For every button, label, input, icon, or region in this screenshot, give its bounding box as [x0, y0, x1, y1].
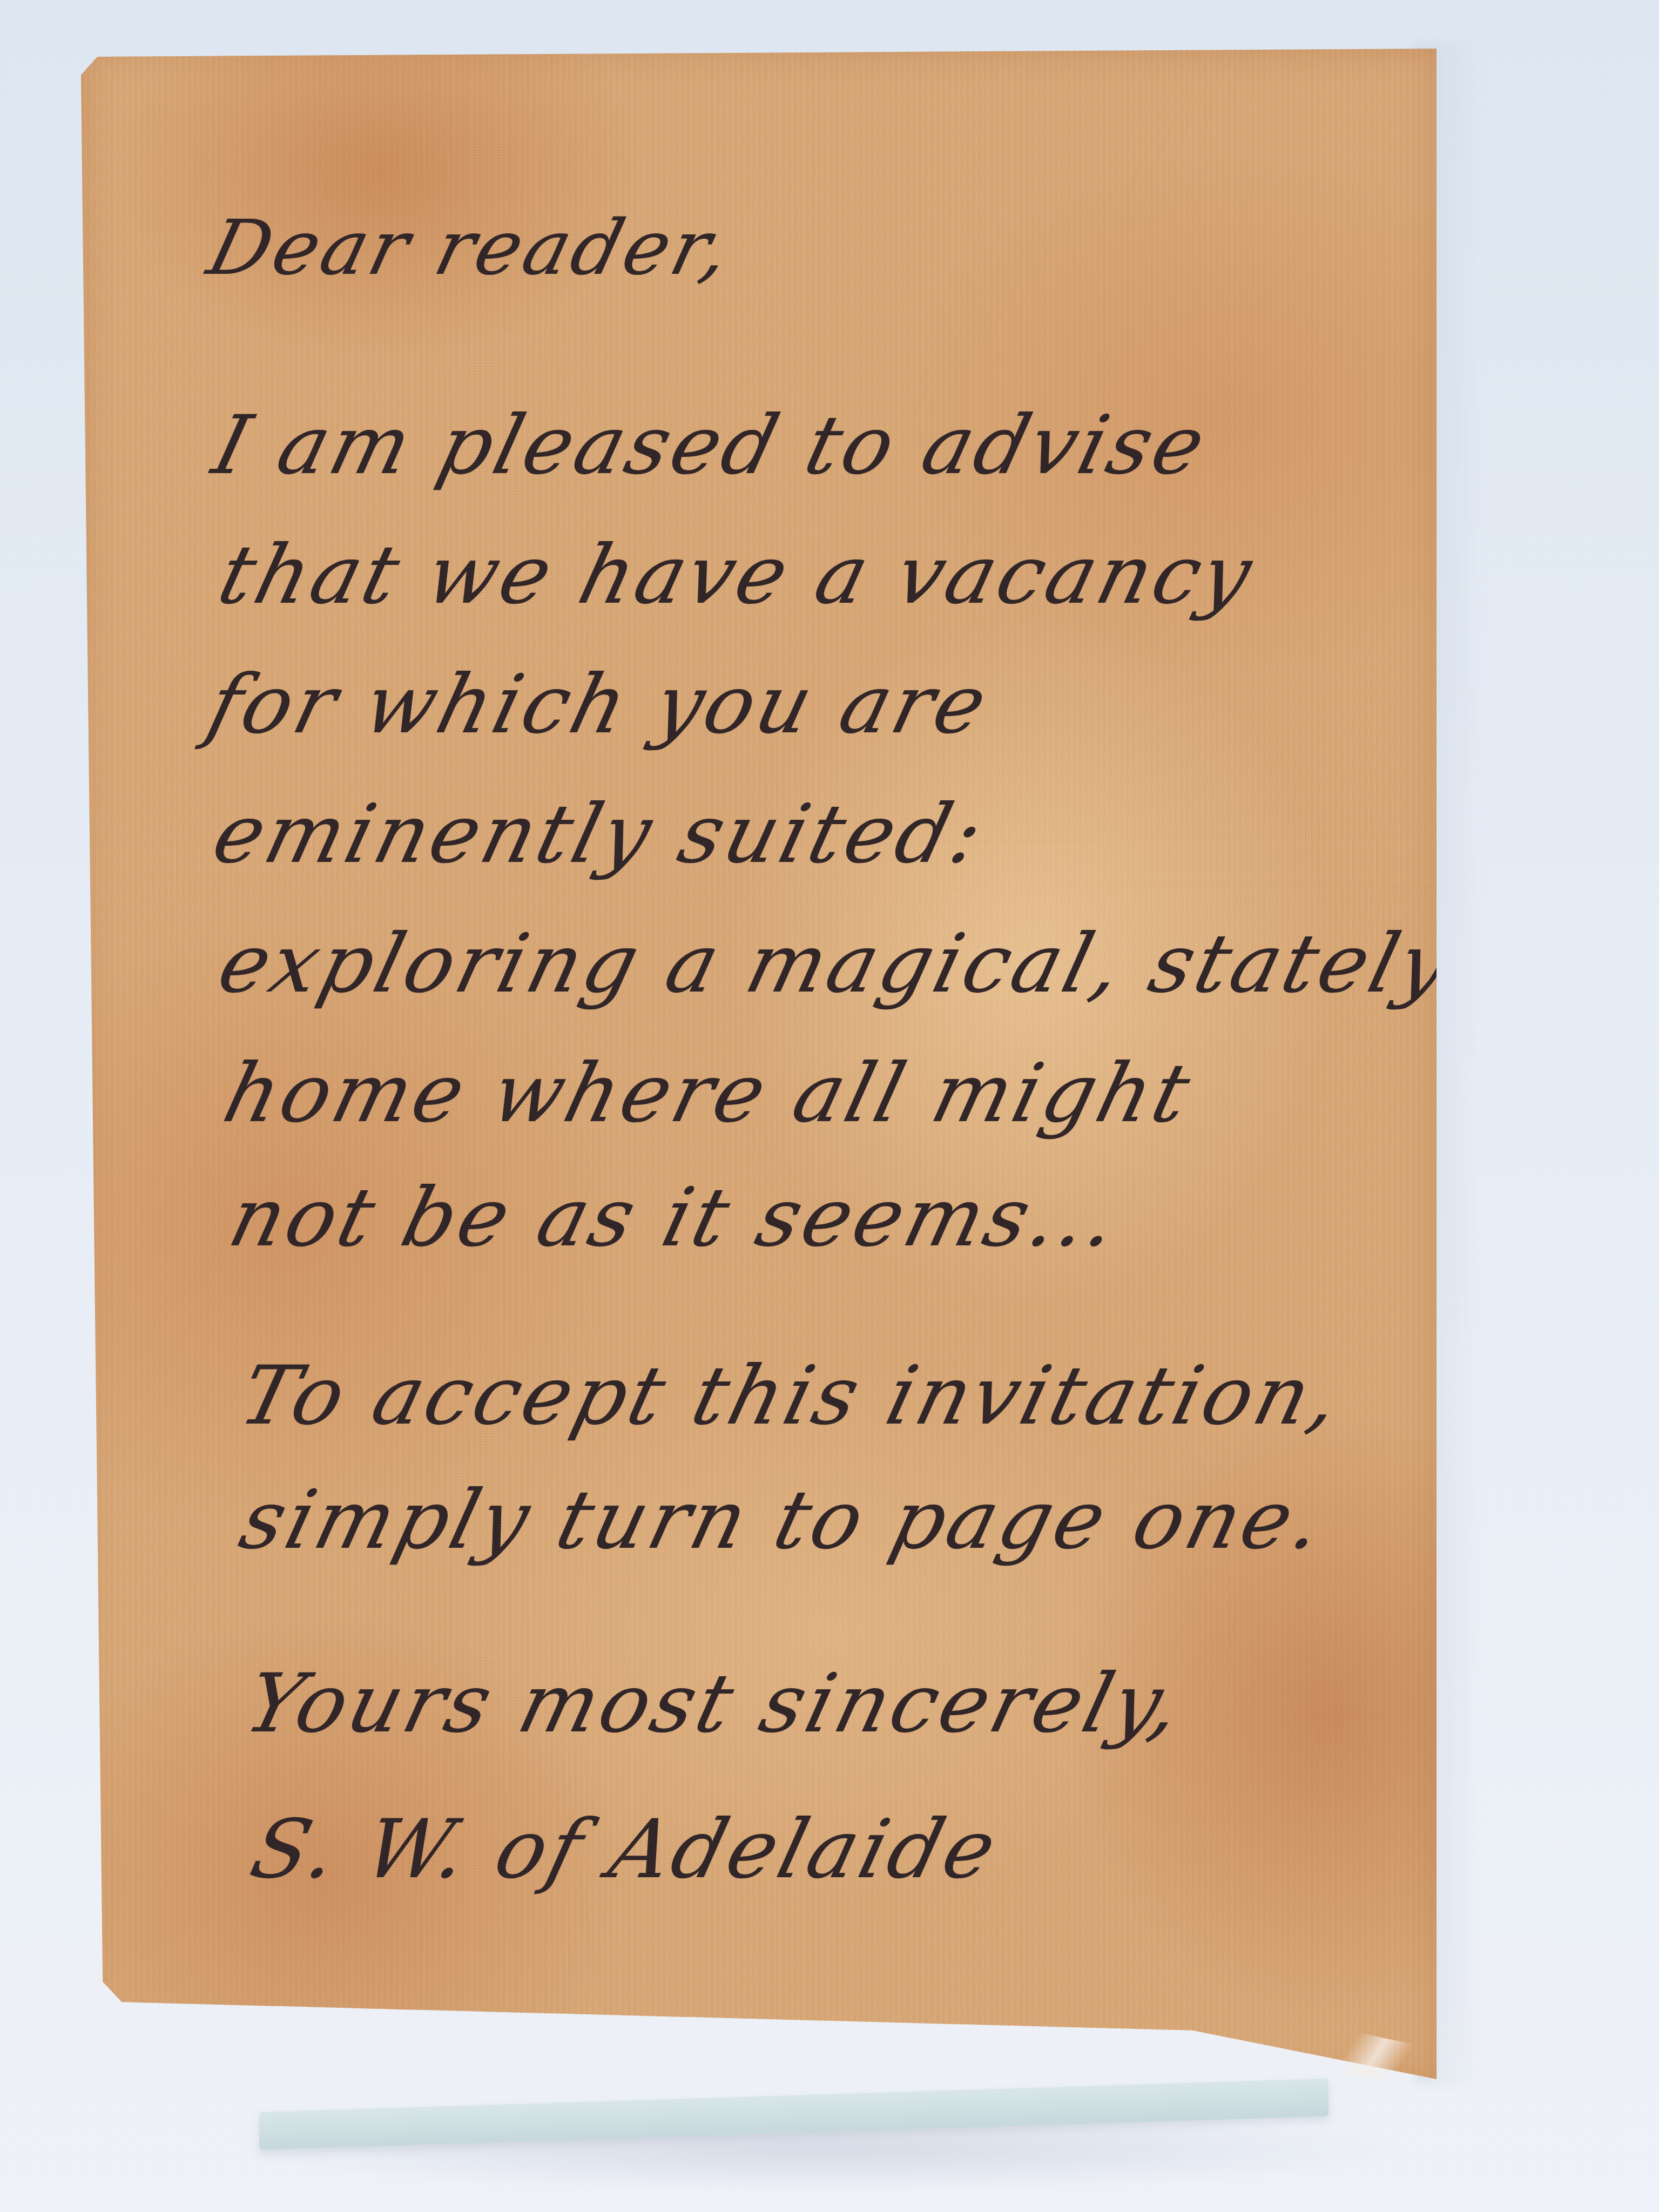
letter-body-line: for which you are	[200, 664, 997, 745]
letter-closing: Yours most sincerely,	[238, 1663, 1191, 1744]
letter-cta-line: simply turn to page one.	[233, 1480, 1333, 1561]
letter-body-line: exploring a magical, stately	[211, 923, 1459, 1004]
letter-body-line: I am pleased to advise	[206, 405, 1216, 486]
book-cover: Dear reader, I am pleased to advise that…	[81, 49, 1437, 2079]
letter-cta-line: To accept this invitation,	[233, 1355, 1350, 1437]
letter-greeting: Dear reader,	[201, 211, 741, 286]
letter-body-line: home where all might	[217, 1053, 1200, 1134]
letter-body-line: that we have a vacancy	[211, 535, 1262, 616]
letter-signature: S. W. of Adelaide	[244, 1809, 1006, 1890]
letter-body-line: eminently suited:	[206, 794, 993, 875]
letter-body-line: not be as it seems...	[222, 1177, 1128, 1258]
letter: Dear reader, I am pleased to advise that…	[81, 49, 1437, 2079]
